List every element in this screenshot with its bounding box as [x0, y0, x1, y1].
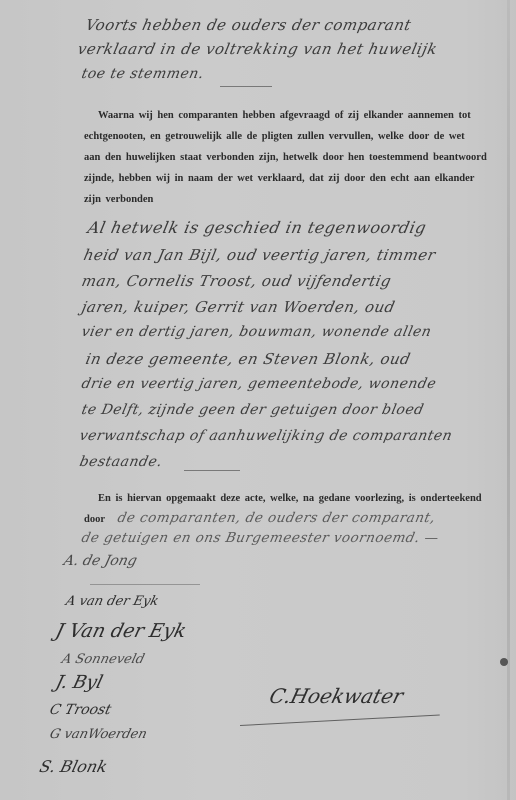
handwritten-line: vier en dertig jaren, bouwman, wonende a… — [80, 324, 433, 340]
fill-rule — [184, 470, 240, 471]
printed-line: zijnde, hebben wij in naam der wet verkl… — [84, 173, 474, 184]
handwritten-line: te Delft, zijnde geen der getuigen door … — [80, 402, 425, 418]
handwritten-line: in deze gemeente, en Steven Blonk, oud — [84, 350, 412, 368]
printed-line: zijn verbonden — [84, 194, 153, 205]
handwritten-line: jaren, kuiper, Gerrit van Woerden, oud — [80, 298, 397, 316]
handwritten-line: verklaard in de voltrekking van het huwe… — [76, 40, 439, 58]
page-edge — [507, 0, 510, 800]
handwritten-line: drie en veertig jaren, gemeentebode, won… — [80, 376, 438, 392]
handwritten-line: toe te stemmen. — [80, 66, 205, 82]
signature-burgemeester: C.Hoekwater — [267, 684, 406, 708]
handwritten-line: verwantschap of aanhuwelijking de compar… — [78, 428, 454, 444]
handwritten-line: de getuigen en ons Burgemeester voornoem… — [80, 530, 440, 546]
signature: J. Byl — [53, 672, 105, 693]
handwritten-line: de comparanten, de ouders der comparant, — [116, 510, 437, 526]
handwritten-line: Voorts hebben de ouders der comparant — [84, 16, 413, 34]
signature-rule — [240, 715, 440, 726]
handwritten-line: bestaande. — [78, 454, 164, 470]
printed-line: Waarna wij hen comparanten hebben afgevr… — [98, 110, 471, 121]
signature: A van der Eyk — [64, 594, 160, 609]
signature: C Troost — [48, 702, 113, 718]
signature: S. Blonk — [38, 757, 110, 776]
handwritten-line: Al hetwelk is geschied in tegenwoordig — [86, 218, 428, 237]
printed-line: En is hiervan opgemaakt deze acte, welke… — [98, 493, 482, 504]
signature: J Van der Eyk — [53, 620, 188, 642]
printed-line: aan den huwelijken staat verbonden zijn,… — [84, 152, 487, 163]
fill-rule — [220, 86, 272, 87]
printed-line: echtgenooten, en getrouwelijk alle de pl… — [84, 131, 465, 142]
handwritten-line: heid van Jan Bijl, oud veertig jaren, ti… — [82, 246, 437, 264]
signature: G vanWoerden — [48, 727, 148, 742]
signature: A. de Jong — [62, 553, 139, 569]
signature-rule — [90, 584, 200, 585]
handwritten-line: man, Cornelis Troost, oud vijfendertig — [80, 272, 393, 290]
signature: A Sonneveld — [60, 652, 146, 667]
ink-blot — [500, 658, 508, 666]
printed-prefix: door — [84, 514, 105, 525]
document-page: Voorts hebben de ouders der comparant ve… — [0, 0, 516, 800]
